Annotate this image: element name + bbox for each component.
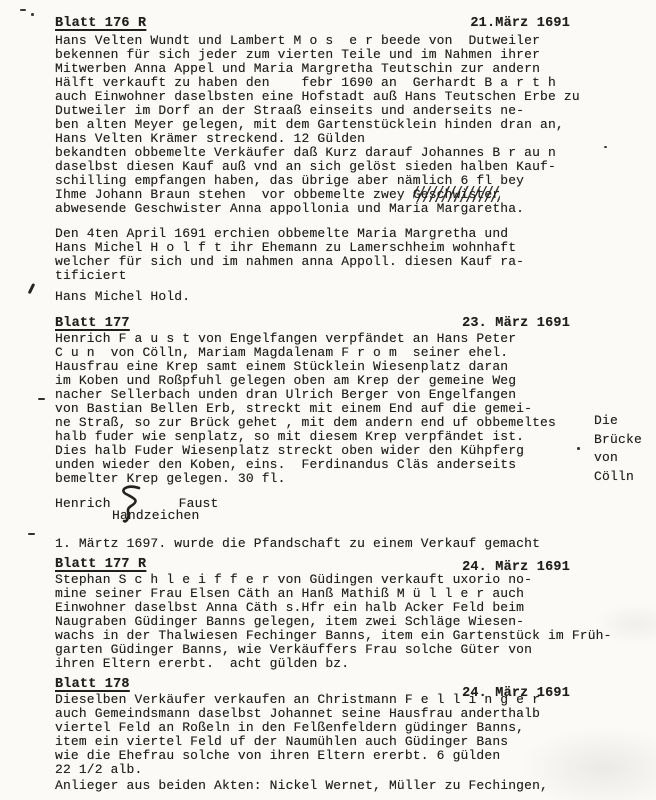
- struck-text: Geschwister: [413, 187, 500, 202]
- entry-blatt-176r: Blatt 176 R 21.März 1691 Hans Velten Wun…: [55, 16, 656, 304]
- text-line: Hans Velten Krämer streckend. 12 Gülden: [55, 132, 656, 146]
- text-line: bekennen für sich jeder zum vierten Teil…: [55, 48, 656, 62]
- entry-date: 23. März 1691: [462, 316, 570, 332]
- entry-date: 24. März 1691: [462, 560, 570, 576]
- text-line: Naugraben Güdinger Banns gelegen, item z…: [55, 615, 656, 629]
- text-line: mine seiner Frau Elsen Cäth an Hanß Math…: [55, 587, 656, 601]
- entry-paragraph: Den 4ten April 1691 erchien obbemelte Ma…: [55, 227, 656, 283]
- text-line: im Koben und Roßpfuhl gelegen oben am Kr…: [55, 374, 656, 388]
- pen-mark: [28, 283, 35, 294]
- document-page: Blatt 176 R 21.März 1691 Hans Velten Wun…: [0, 0, 656, 800]
- entry-header: Blatt 177 R 24. März 1691: [55, 557, 570, 573]
- text-line: nacher Sellerbach unden dran Ulrich Berg…: [55, 388, 656, 402]
- text-line: schilling empfangen haben, das übrige ab…: [55, 174, 656, 188]
- text-line: Mitwerben Anna Appel und Maria Margretha…: [55, 62, 656, 76]
- text-line: von Bastian Bellen Erb, streckt mit eine…: [55, 402, 656, 416]
- text-line: Die: [594, 412, 642, 431]
- text-line: wachs in der Thalwiesen Fechinger Banns,…: [55, 629, 656, 643]
- ink-speck: [577, 447, 580, 450]
- text-line: halb fuder wie senplatz, so mit diesem K…: [55, 430, 656, 444]
- entry-header: Blatt 178 24. März 1691: [55, 677, 570, 693]
- text-line: Hans Velten Wundt und Lambert M o s e r …: [55, 34, 656, 48]
- text-line: ne Straß, so zur Brück gehet , mit dem a…: [55, 416, 656, 430]
- entry-header: Blatt 177 23. März 1691: [55, 316, 570, 332]
- ink-dash: [20, 9, 26, 11]
- text-line: Dutweiler im Dorf an der Straaß einseits…: [55, 104, 656, 118]
- text-line: wie die Ehefrau solche von ihren Eltern …: [55, 749, 656, 763]
- text-line: Hans Michel H o l f t ihr Ehemann zu Lam…: [55, 241, 656, 255]
- entry-paragraph: Henrich F a u s t von Engelfangen verpfä…: [55, 332, 656, 486]
- text-line: 22 1/2 alb.: [55, 763, 656, 777]
- text-line: Ihme Johann Braun stehen vor obbemelte z…: [55, 188, 656, 202]
- text-segment: Ihme Johann Braun stehen vor obbemelte z…: [55, 187, 413, 202]
- anlieger-note: Anlieger aus beiden Akten: Nickel Wernet…: [55, 779, 656, 793]
- handzeichen-mark-icon: [111, 491, 179, 507]
- text-line: viertel Feld an Roßeln in den Felßenfeld…: [55, 721, 656, 735]
- text-line: Den 4ten April 1691 erchien obbemelte Ma…: [55, 227, 656, 241]
- text-line: welcher für sich und im nahmen anna Appo…: [55, 255, 656, 269]
- text-line: ihren Eltern ererbt. acht gülden bz.: [55, 657, 656, 671]
- signature-last-name: Faust: [179, 496, 219, 512]
- text-line: Brücke: [594, 431, 642, 450]
- blatt-number: Blatt 178: [55, 677, 130, 693]
- ink-dash: [28, 533, 35, 535]
- margin-note: DieBrückevonCölln: [594, 412, 642, 486]
- text-line: daselbst diesen Kauf auß vnd an sich gel…: [55, 160, 656, 174]
- entry-date: 24. März 1691: [462, 686, 570, 702]
- text-line: Hälft verkauft zu haben den febr 1690 an…: [55, 76, 656, 90]
- text-line: Dies halb Fuder Wiesenplatz streckt oben…: [55, 444, 656, 458]
- blatt-number: Blatt 177: [55, 316, 130, 332]
- text-line: Cölln: [594, 468, 642, 487]
- text-line: tificiert: [55, 269, 656, 283]
- text-line: C u n von Cölln, Mariam Magdalenam F r o…: [55, 346, 656, 360]
- text-line: bekandten obbemelte Verkäufer daß Kurz d…: [55, 146, 656, 160]
- text-line: auch Einwohner daselbsten eine Hofstadt …: [55, 90, 656, 104]
- signature-paragraph: Hans Michel Hold.: [55, 290, 656, 304]
- entry-header: Blatt 176 R 21.März 1691: [55, 16, 570, 32]
- text-line: item ein viertel Feld uf der Naumühlen a…: [55, 735, 656, 749]
- entry-blatt-177r: Blatt 177 R 24. März 1691 Stephan S c h …: [55, 557, 656, 671]
- text-line: abwesende Geschwister Anna appollonia un…: [55, 202, 656, 216]
- text-line: Hans Michel Hold.: [55, 290, 656, 304]
- entry-blatt-178: Blatt 178 24. März 1691 Dieselben Verkäu…: [55, 677, 656, 777]
- text-line: Einwohner daselbst Anna Cäth s.Hfr ein h…: [55, 601, 656, 615]
- signature-line: Henrich Faust: [55, 491, 656, 507]
- text-line: von: [594, 449, 642, 468]
- text-line: bemelter Krep gelegen. 30 fl.: [55, 472, 656, 486]
- blatt-number: Blatt 176 R: [55, 16, 146, 32]
- text-line: garten Güdinger Banns, wie Verkäuffers F…: [55, 643, 656, 657]
- entry-date: 21.März 1691: [470, 16, 570, 32]
- entry-paragraph: Stephan S c h l e i f f e r von Güdingen…: [55, 573, 656, 671]
- text-line: unden wieder den Koben, eins. Ferdinandu…: [55, 458, 656, 472]
- ink-speck: [31, 13, 34, 16]
- text-line: Hausfrau eine Krep samt einem Stücklein …: [55, 360, 656, 374]
- signature-first-name: Henrich: [55, 496, 111, 512]
- entry-paragraph: Dieselben Verkäufer verkaufen an Christm…: [55, 693, 656, 777]
- ink-speck: [604, 146, 607, 148]
- text-line: auch Gemeindsmann daselbst Johannet sein…: [55, 707, 656, 721]
- ink-dash: [38, 398, 45, 400]
- text-line: ben alten Meyer gelegen, mit dem Gartens…: [55, 118, 656, 132]
- entry-blatt-177: Blatt 177 23. März 1691 Henrich F a u s …: [55, 316, 656, 551]
- text-line: Henrich F a u s t von Engelfangen verpfä…: [55, 332, 656, 346]
- postscript-note: 1. Märtz 1697. wurde die Pfandschaft zu …: [55, 537, 656, 551]
- entry-paragraph: Hans Velten Wundt und Lambert M o s e r …: [55, 34, 656, 216]
- blatt-number: Blatt 177 R: [55, 557, 146, 573]
